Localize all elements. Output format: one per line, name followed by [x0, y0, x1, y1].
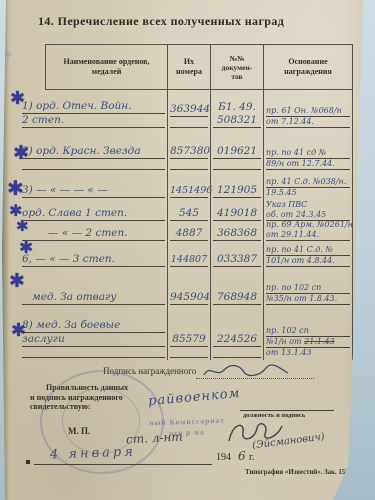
award-number-cell: 857380: [167, 130, 210, 172]
date-day-month-handwritten: 4 января: [50, 445, 136, 463]
col-header-doc-line: №№: [211, 54, 263, 63]
award-basis-cell: пр. 41 С.д. №038/н. 19.5.45: [263, 172, 353, 200]
award-row: 6, — « — 3 степ. 144807 033387 пр. по 41…: [20, 241, 353, 269]
award-basis-cell: пр. 102 сп №1/н от 21.1.43 от 13.1.43: [263, 307, 353, 360]
date-line-bullet: [26, 460, 30, 464]
award-name-line: 6, — « — 3 степ.: [22, 253, 165, 267]
empty-rule: [213, 159, 261, 170]
award-number-cell: 1451496: [167, 172, 210, 200]
ink-star-mark: ✱: [13, 142, 29, 164]
certifier-position-handwritten: райвоенком: [148, 386, 241, 409]
col-header-basis-line: награждения: [264, 67, 352, 77]
award-doc-number: 419018: [213, 207, 261, 221]
seal-place-label: М. П.: [68, 426, 90, 436]
award-row: 3) — « — — « — 1451496 121905 пр. 41 С.д…: [20, 172, 353, 200]
award-basis-line: от 7.12.44.: [266, 117, 350, 128]
award-name-cell: мед. За отвагу: [20, 269, 167, 307]
award-number: 545: [170, 207, 208, 221]
award-doc-number: 368368: [213, 227, 261, 241]
award-name-line: — « — 2 степ.: [22, 227, 165, 241]
ink-star-mark: ✱: [7, 176, 24, 200]
award-doc-cell: 033387: [210, 241, 263, 269]
empty-rule: [170, 117, 208, 128]
awardee-signature-scrawl: [200, 360, 292, 382]
award-basis-line: №1/н от 21.1.43: [266, 337, 350, 348]
empty-rule: [213, 347, 261, 358]
col-header-doc-line: докумен-: [211, 63, 263, 72]
award-row: 2) орд. Красн. Звезда 857380 019621 пр. …: [20, 130, 353, 172]
award-name-line: 2) орд. Красн. Звезда: [22, 145, 165, 159]
award-name-line: мед. За отвагу: [22, 291, 165, 305]
award-doc-cell: 768948: [210, 269, 263, 307]
award-name-line: орд. Слава 1 степ.: [22, 207, 165, 221]
award-name-cell: 8) мед. За боевые заслуги: [20, 307, 167, 360]
award-name-line: 2 степ.: [22, 114, 165, 128]
award-name-cell: 1) орд. Отеч. Войн. 2 степ.: [20, 90, 167, 130]
award-number-cell: 4887: [167, 220, 210, 243]
award-doc-cell: Б1. 49. 508321: [210, 90, 263, 130]
award-basis-line: пр. по 41 сд №: [266, 148, 350, 159]
award-number-cell: 945904: [167, 269, 210, 307]
col-header-name-line: медалей: [46, 67, 167, 77]
col-header-name-line: Наименование орденов,: [46, 57, 167, 67]
document-paper: 14. Перечисление всех полученных наград …: [0, 0, 375, 500]
award-name-cell: 6, — « — 3 степ.: [20, 241, 167, 269]
award-doc-cell: 368368: [210, 220, 263, 243]
printer-imprint: Типография «Известий». Зак. 1559: [200, 469, 352, 476]
award-doc-cell: 224526: [210, 307, 263, 360]
empty-rule: [22, 159, 165, 170]
award-doc-cell: 121905: [210, 172, 263, 200]
award-basis-line: пр. 102 сп: [266, 326, 350, 337]
col-header-basis-line: Основание: [264, 57, 352, 67]
award-doc-number: 019621: [213, 145, 261, 159]
award-number: 144807: [170, 253, 208, 267]
award-doc-number: 224526: [213, 333, 261, 347]
award-number: 85579: [170, 333, 208, 347]
col-header-number: Их номера: [167, 45, 210, 89]
award-basis-line: 19.5.45: [266, 188, 350, 198]
award-number: 945904: [170, 291, 208, 305]
award-doc-number: 508321: [213, 114, 261, 128]
award-number-cell: 144807: [167, 241, 210, 269]
award-basis-cell: пр. 61 Он. №068/н от 7.12.44.: [263, 90, 353, 130]
award-doc-number: Б1. 49.: [213, 101, 261, 114]
date-year-digit-handwritten: 6: [238, 449, 246, 463]
award-name-line: 1) орд. Отеч. Войн.: [22, 100, 165, 114]
col-header-number-line: номера: [168, 67, 210, 77]
award-row: 1) орд. Отеч. Войн. 2 степ. 363944 Б1. 4…: [20, 90, 353, 130]
award-basis-struck-date: 21.1.43: [304, 337, 335, 346]
award-basis-line: пр. по 41 С.д. №: [266, 245, 350, 256]
award-number-cell: 363944: [167, 90, 210, 130]
award-doc-number: 768948: [213, 291, 261, 305]
ink-star-mark: ✱: [11, 320, 26, 341]
award-basis-line: №35/н от 1.8.43.: [266, 294, 350, 305]
award-doc-number: 033387: [213, 253, 261, 267]
award-basis-cell: пр. по 41 С.д. № 101/н от 4.8.44.: [263, 241, 353, 269]
award-row: — « — 2 степ. 4887 368368 пр. 69 Арм. №0…: [20, 220, 353, 241]
col-header-doc: №№ докумен- тов: [210, 45, 263, 89]
page-title: 14. Перечисление всех полученных наград: [38, 14, 284, 29]
awards-table: Наименование орденов, медалей Их номера …: [20, 44, 353, 360]
col-header-basis: Основание награждения: [263, 45, 353, 89]
award-name-line: заслуги: [22, 333, 165, 347]
faint-ink-mark: ✦: [4, 48, 13, 61]
award-number: 1451496: [170, 184, 208, 198]
award-name-line: 8) мед. За боевые: [22, 319, 165, 333]
award-basis-line: 101/н от 4.8.44.: [266, 256, 350, 267]
award-basis-cell: пр. по 102 сп №35/н от 1.8.43.: [263, 269, 353, 307]
award-row: орд. Слава 1 степ. 545 419018 Указ ПВС о…: [20, 200, 353, 220]
award-basis-cell: пр. 69 Арм. №0261/н от 29.11.44.: [263, 220, 353, 243]
paper-worn-edge: [0, 0, 9, 500]
award-basis-line: Указ ПВС: [266, 200, 350, 210]
award-basis-line: от 29.11.44.: [266, 230, 350, 241]
award-name-cell: 2) орд. Красн. Звезда: [20, 130, 167, 172]
col-header-doc-line: тов: [211, 72, 263, 81]
col-header-name: Наименование орденов, медалей: [45, 45, 167, 89]
award-basis-text: №1/н от: [266, 337, 304, 346]
award-basis-line: пр. 69 Арм. №0261/н: [266, 220, 350, 230]
award-basis-line: от 13.1.43: [266, 348, 350, 358]
ink-star-mark: ✱: [9, 270, 25, 292]
date-year-suffix: г.: [249, 452, 254, 463]
empty-rule: [22, 347, 165, 358]
ink-star-mark: ✱: [10, 88, 25, 109]
award-row: 8) мед. За боевые заслуги 85579 224526 п…: [20, 307, 353, 360]
award-name-line: 3) — « — — « —: [22, 184, 165, 198]
award-number-cell: 85579: [167, 307, 210, 360]
award-number: 363944: [170, 103, 208, 117]
award-number: 4887: [170, 227, 208, 241]
ink-star-mark: ✱: [19, 238, 33, 258]
award-number: 857380: [170, 145, 208, 159]
award-doc-number: 121905: [213, 184, 261, 198]
award-name-cell: — « — 2 степ.: [20, 220, 167, 243]
award-basis-line: пр. 41 С.д. №038/н.: [266, 177, 350, 188]
empty-rule: [170, 347, 208, 358]
col-header-number-line: Их: [168, 57, 210, 67]
award-basis-line: пр. 61 Он. №068/н: [266, 106, 350, 117]
position-signature-rule: [240, 410, 334, 411]
award-basis-line: 89/н от 12.7.44.: [266, 159, 350, 170]
award-basis-line: пр. по 102 сп: [266, 283, 350, 294]
award-row: мед. За отвагу 945904 768948 пр. по 102 …: [20, 269, 353, 307]
empty-rule: [170, 159, 208, 170]
awards-table-header: Наименование орденов, медалей Их номера …: [45, 44, 353, 90]
award-name-cell: 3) — « — — « —: [20, 172, 167, 200]
ink-star-mark: ✱: [16, 217, 29, 235]
date-year-printed: 194: [216, 452, 231, 463]
award-doc-cell: 019621: [210, 130, 263, 172]
award-basis-cell: пр. по 41 сд № 89/н от 12.7.44.: [263, 130, 353, 172]
